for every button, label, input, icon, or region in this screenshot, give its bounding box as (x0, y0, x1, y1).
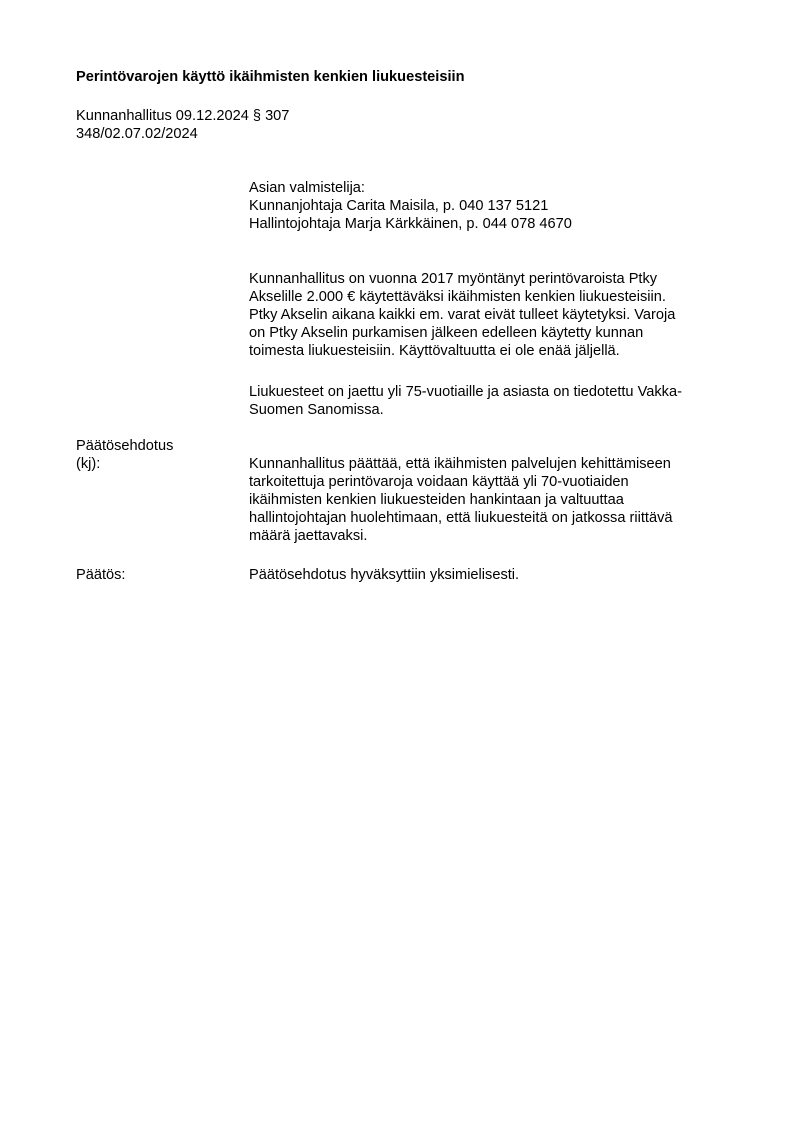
preparer-line: Kunnanjohtaja Carita Maisila, p. 040 137… (249, 197, 739, 215)
proposal-label-line: Päätösehdotus (76, 437, 173, 455)
record-number: 348/02.07.02/2024 (76, 125, 289, 143)
paragraph-line: on Ptky Akselin purkamisen jälkeen edell… (249, 324, 739, 342)
paragraph-line: Ptky Akselin aikana kaikki em. varat eiv… (249, 306, 739, 324)
proposal-line: hallintojohtajan huolehtimaan, että liuk… (249, 509, 739, 527)
proposal-label-line: (kj): (76, 455, 173, 473)
proposal-line: määrä jaettavaksi. (249, 527, 739, 545)
proposal-label: Päätösehdotus (kj): (76, 437, 173, 473)
meeting-info: Kunnanhallitus 09.12.2024 § 307 348/02.0… (76, 107, 289, 143)
distribution-paragraph: Liukuesteet on jaettu yli 75-vuotiaille … (249, 383, 739, 419)
proposal-line: tarkoitettuja perintövaroja voidaan käyt… (249, 473, 739, 491)
decision-text: Päätösehdotus hyväksyttiin yksimielisest… (249, 566, 739, 584)
decision-line: Päätösehdotus hyväksyttiin yksimielisest… (249, 566, 739, 584)
paragraph-line: Akselille 2.000 € käytettäväksi ikäihmis… (249, 288, 739, 306)
paragraph-line: Kunnanhallitus on vuonna 2017 myöntänyt … (249, 270, 739, 288)
document-page: Perintövarojen käyttö ikäihmisten kenkie… (0, 0, 794, 1122)
paragraph-line: Liukuesteet on jaettu yli 75-vuotiaille … (249, 383, 739, 401)
proposal-line: Kunnanhallitus päättää, että ikäihmisten… (249, 455, 739, 473)
meeting-reference: Kunnanhallitus 09.12.2024 § 307 (76, 107, 289, 125)
background-paragraph: Kunnanhallitus on vuonna 2017 myöntänyt … (249, 270, 739, 360)
paragraph-line: Suomen Sanomissa. (249, 401, 739, 419)
preparer-block: Asian valmistelija: Kunnanjohtaja Carita… (249, 179, 739, 233)
proposal-line: ikäihmisten kenkien liukuesteiden hankin… (249, 491, 739, 509)
proposal-text: Kunnanhallitus päättää, että ikäihmisten… (249, 455, 739, 545)
preparer-line: Hallintojohtaja Marja Kärkkäinen, p. 044… (249, 215, 739, 233)
document-title: Perintövarojen käyttö ikäihmisten kenkie… (76, 68, 465, 86)
decision-label: Päätös: (76, 566, 126, 584)
preparer-heading: Asian valmistelija: (249, 179, 739, 197)
paragraph-line: toimesta liukuesteisiin. Käyttövaltuutta… (249, 342, 739, 360)
